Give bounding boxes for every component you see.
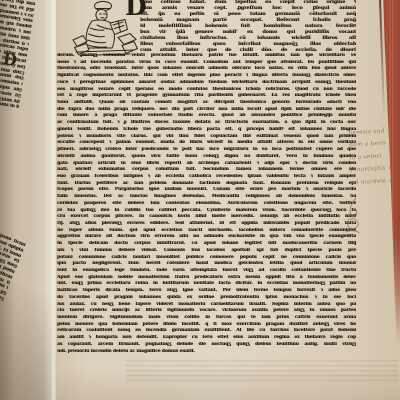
printed-text-block: derum. pleriq́ʒ volumina veluti precioſu… <box>57 53 356 355</box>
text-line: am amiſit ꝛ hungariā non defendit. Eapro… <box>57 335 356 342</box>
text-line: as cōparauit. arcem firmauit. pugnatūqʒ … <box>57 342 356 349</box>
text-line: ac confirmatum fuit. ꝛ ꝑ illuſtres duces… <box>57 120 356 127</box>
text-show-through <box>126 360 398 384</box>
text-line: nati. wicleff exhumatus corpus cōbuſtum … <box>57 167 356 174</box>
printed-text-column: ſimo cōtinuo habat. dum tēpeſtas ea cœpi… <box>140 0 356 53</box>
pen-flourish-icon <box>342 196 364 236</box>
text-line: ptineri. adiciēſqʒ crebro inter pꝛedican… <box>57 147 356 154</box>
text-line: talia inuentus. Dei ac ſanctos imagines … <box>57 194 356 201</box>
text-line: derum. pleriq́ʒ volumina veluti precioſu… <box>57 53 356 60</box>
text-line: eno grauam ſceleribus inſignes ꝛ ab eccl… <box>57 174 356 181</box>
text-line: do ſacerdos apud pragam iohannes quidā e… <box>57 295 356 302</box>
text-line: ret a rege impetrarunt vt pragenſe gymna… <box>57 93 356 100</box>
text-line: potens ꝛ mundioris vite clarus. qui vbi … <box>57 134 356 141</box>
text-line: mentem dirigere. Sigiſmundum malo vſum c… <box>57 315 356 322</box>
text-line: ne ſuper album ſuum. qui apud eccleſias … <box>57 228 356 235</box>
text-line: ſent in euangelica lege fundatū. Inde va… <box>57 268 356 275</box>
open-book-photo: uā ꝛ capuaʒ ſup̄ mīac Buanuo mʒ ēt pʒope… <box>0 0 400 400</box>
text-line: die ſupra duo milia praga reliquere. nec… <box>57 107 356 114</box>
text-line: eos magiſtros vexare cepit ſperans eo mo… <box>57 87 356 94</box>
text-line: nis ꝛ vini ſummū debere videat. Cōmonis … <box>57 248 356 255</box>
text-line: ſignificat cognomentū mutatus. Ihic cum … <box>57 73 356 80</box>
text-line: theutonicoꝝ odio tenebant. inter quos io… <box>57 66 356 73</box>
text-line: Apud eōs glatouiam nobile monaſterium fr… <box>57 275 356 282</box>
text-line: ſcopos parem eſſe. Purgatorius igne null… <box>57 187 356 194</box>
text-line: in ſpecie delicam doctū corpus miniſtrar… <box>57 241 356 248</box>
text-line: gata quatuoꝛ articuli in eius libris rep… <box>57 161 356 168</box>
text-line: ſunt. Darius peſtifere ac iam pridem dam… <box>57 181 356 188</box>
text-line: lus audax. cū neqʒ bene ſapere videret m… <box>57 302 356 309</box>
text-line: baſilicas ſuperis dicata templa. ferro a… <box>57 288 356 295</box>
text-line: cūce ꝛ peregrinas opiniones amaret audax… <box>57 80 356 87</box>
facing-page-drop-cap: D <box>2 49 19 70</box>
text-line: quo pacto negligerent. Huic hereſi cōſen… <box>57 261 356 268</box>
text-line: cio tueret crebris nuncijs ac litteris ſ… <box>57 308 356 315</box>
text-line: neno ꝛ ad nocendū paratus virus in cūce … <box>57 60 356 67</box>
text-line: crū exercet corpus pficere. In canonicis… <box>57 214 356 221</box>
text-line: occulte concepeūt ꝛ palam euomūt. multa … <box>57 140 356 147</box>
text-line: aggreſſus mirare ait doctum virū errorem… <box>57 234 356 241</box>
text-line: reticorum coaluiſſent nunq̄ ea incendia … <box>57 328 356 335</box>
text-line: tonū abſtulit. Quam ob cauſam comoti mag… <box>57 100 356 107</box>
text-line: unt. eaqʒ prima eccleſiarū ruina in huſſ… <box>57 281 356 288</box>
text-line: cerdotes pauperes eſſe debere ſola conte… <box>57 201 356 208</box>
text-line: gmēiū ſenſit. Bohemis ſchole ſue guberna… <box>57 127 356 134</box>
text-line: re ſua quiſqʒ deo in cubilis ſuo cōfiter… <box>57 208 356 215</box>
text-line: rij. atqʒ alios pleroſqʒ errores edidere… <box>57 221 356 228</box>
text-line: potani cōmunionē calicis laudari inueniſ… <box>57 255 356 262</box>
main-page: D ſimo cōtinuo habat. dum tēpeſtas ea cœ… <box>56 0 400 400</box>
text-line: wicleffi anima gauiſurūt. quem virū fuiſ… <box>57 154 356 161</box>
text-line: rum innere a praga diſtantē vniuerſale ſ… <box>57 113 356 120</box>
text-line: udi. prouociū incendio deletū ac magnifi… <box>57 349 356 356</box>
facing-page-text: noēius ſiſpano ſicīniamellā cōmas opſpſō… <box>0 224 26 302</box>
text-line: peius mouere quā bohemiam petere libido … <box>57 322 356 329</box>
